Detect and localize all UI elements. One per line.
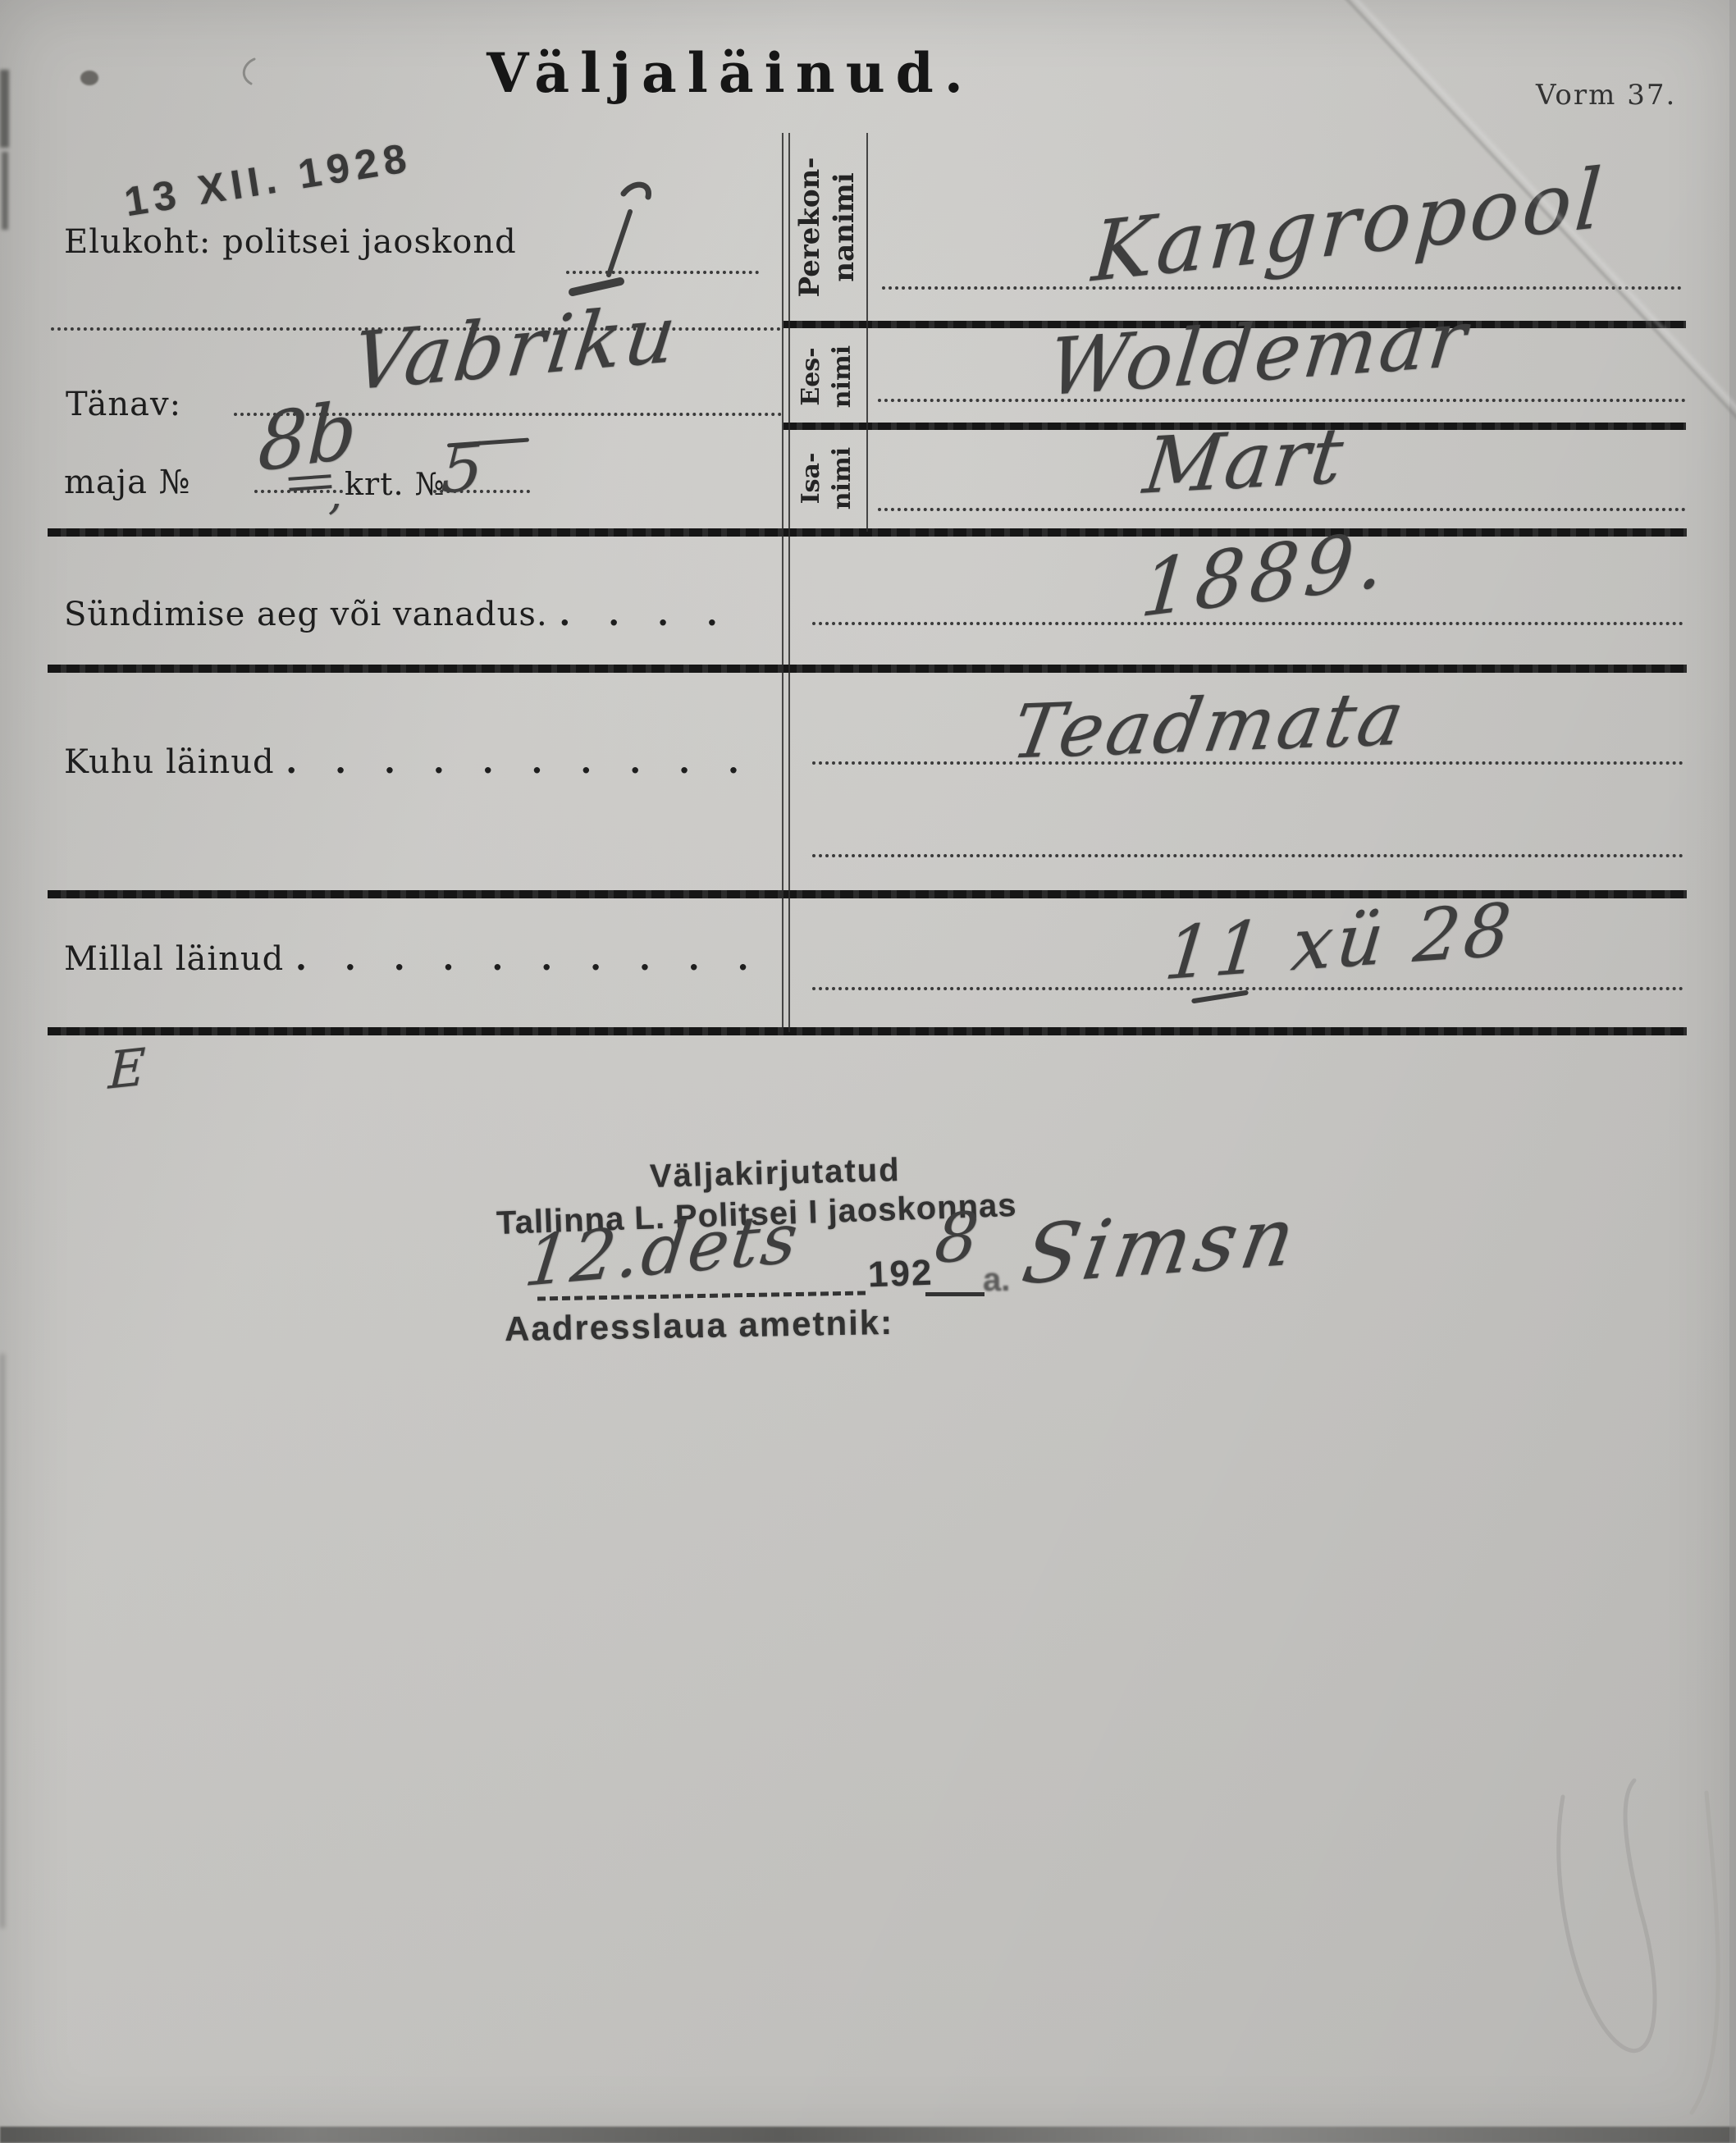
stamp-year-line [925,1292,984,1296]
scan-edge-streak-1 [0,70,9,148]
issue-stamp-line1: Väljakirjutatud [649,1152,901,1195]
stamp-year-handwritten: 8 [932,1198,981,1278]
millal-leader-dots: . . . . . . . . . . [295,939,750,978]
millal-label: Millal läinud . . . . . . . . . . [64,939,750,978]
rule-under-row4 [48,665,1687,673]
isanimi-label-line2: nimi [827,447,858,509]
received-date-stamp: 13 XII. 1928 [121,134,415,226]
maja-value: 8b [257,385,359,491]
kuhu-leader-dots: . . . . . . . . . . [286,743,740,781]
elukoht-handwritten-value [564,172,671,308]
stray-pen-mark [231,53,264,94]
rule-under-row6 [48,1027,1687,1035]
krt-value: 5 [440,427,486,508]
eesnimi-label-line1: Ees- [796,347,827,405]
elukoht-answer-line [566,271,759,274]
sundimise-answer-line [812,622,1683,625]
form-title: Väljaläinud. [443,41,1017,105]
stamp-year-suffix: a. [983,1262,1010,1299]
column-divider-left [782,133,783,1032]
eesnimi-label-box: Ees- nimi [786,330,868,423]
elukoht-label: Elukoht: politsei jaoskond [64,223,517,261]
krt-label: krt. № [345,466,445,502]
perekonnanimi-label-line2: nanimi [827,172,861,281]
label-column-edge [866,133,868,532]
sundimise-leader-dots: . . . . [559,595,718,633]
isanimi-value: Mart [1139,411,1349,512]
maja-comma: , [328,468,342,519]
millal-answer-line [812,987,1683,990]
maja-double-underline [288,474,331,491]
tanav-label: Tänav: [66,386,181,423]
perekonnanimi-answer-line [882,286,1682,290]
sundimise-label: Sündimise aeg või vanadus. . . . . [64,595,719,633]
perekonnanimi-value: Kangropool [1090,149,1608,300]
millal-value: 11 xü 28 [1161,887,1519,997]
isanimi-label-line1: Isa- [796,453,827,505]
eesnimi-answer-line [878,399,1686,402]
eesnimi-value: Woldemar [1044,294,1473,414]
margin-mark: E [107,1036,147,1100]
scan-edge-streak-2 [2,152,8,230]
kuhu-label: Kuhu läinud . . . . . . . . . . [64,743,740,781]
bottom-scan-edge [0,2127,1736,2143]
kuhu-answer-line-1 [812,761,1683,765]
column-divider-right [788,133,790,1032]
kuhu-answer-line-2 [812,854,1683,857]
official-signature: Simsn [1016,1189,1306,1303]
faint-pencil-scribble [1501,1748,1736,2133]
stamp-year-printed: 192 [867,1253,934,1296]
perekonnanimi-label-box: Perekon- nanimi [786,133,868,322]
perekonnanimi-label-line1: Perekon- [793,158,827,298]
isanimi-label-box: Isa- nimi [786,428,868,528]
scanned-form-page: Väljaläinud. Vorm 37. 13 XII. 1928 Eluko… [0,0,1736,2143]
scan-edge-streak-3 [0,1354,5,1928]
maja-label: maja № [64,464,191,501]
eesnimi-label-line2: nimi [827,345,858,408]
right-scan-edge [1729,0,1736,2143]
ink-speck [80,71,98,85]
isanimi-answer-line [878,508,1686,511]
issue-stamp-line3: Aadresslaua ametnik: [505,1303,894,1349]
form-number-label: Vorm 37. [1536,79,1676,112]
tanav-value: Vabriku [348,287,683,409]
